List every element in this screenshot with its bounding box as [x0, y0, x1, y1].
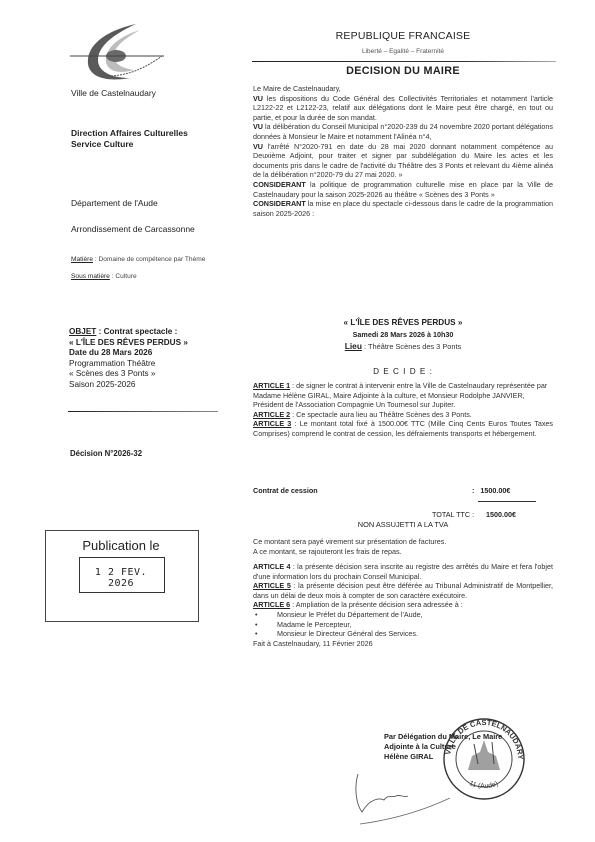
- lieu-label: Lieu: [345, 341, 362, 351]
- signature-line-1: Par Délégation du Maire, Le Maire: [384, 732, 502, 742]
- city-logo-icon: [68, 22, 168, 84]
- departement-label: Département de l'Aude: [71, 198, 158, 209]
- payment-block: Ce montant sera payé virement sur présen…: [253, 537, 553, 556]
- service-label: Service Culture: [71, 139, 133, 150]
- header-rule: [252, 61, 556, 62]
- considerant-1: CONSIDERANT la politique de programmatio…: [253, 180, 553, 199]
- objet-date: Date du 28 Mars 2026: [69, 348, 229, 359]
- objet-program: Programmation Théâtre: [69, 359, 229, 370]
- recipient-item: Monsieur le Directeur Général des Servic…: [253, 629, 553, 639]
- signature-block: Par Délégation du Maire, Le Maire Adjoin…: [384, 732, 502, 763]
- arrondissement-label: Arrondissement de Carcassonne: [71, 224, 195, 235]
- left-divider: [68, 411, 218, 412]
- article-3: ARTICLE 3 : Le montant total fixé à 1500…: [253, 419, 553, 438]
- vu-2: VU la délibération du Conseil Municipal …: [253, 122, 553, 141]
- payment-line-1: Ce montant sera payé virement sur présen…: [253, 537, 553, 547]
- decide-heading: D E C I D E :: [253, 367, 553, 377]
- done-at: Fait à Castelnaudary, 11 Février 2026: [253, 639, 553, 649]
- matiere-field: Matière : Domaine de compétence par Thèm…: [71, 256, 221, 265]
- matiere-label: Matière: [71, 256, 93, 263]
- objet-season: Saison 2025-2026: [69, 380, 229, 391]
- considerant-2: CONSIDERANT la mise en place du spectacl…: [253, 199, 553, 218]
- document-title: DECISION DU MAIRE: [253, 65, 553, 77]
- recipient-item: Madame le Percepteur,: [253, 620, 553, 630]
- article-6: ARTICLE 6 : Ampliation de la présente dé…: [253, 600, 553, 610]
- show-datetime: Samedi 28 Mars 2026 à 10h30: [253, 330, 553, 340]
- preamble: Le Maire de Castelnaudary, VU les dispos…: [253, 84, 553, 218]
- handwritten-signature-icon: [350, 768, 460, 828]
- decision-number: Décision N°2026-32: [70, 448, 142, 459]
- publication-date: 1 2 FEV. 2026: [79, 567, 163, 589]
- objet-venue: « Scènes des 3 Ponts »: [69, 369, 229, 380]
- republic-motto: Liberté – Egalité – Fraternité: [253, 48, 553, 55]
- article-5: ARTICLE 5 : la présente décision peut êt…: [253, 581, 553, 600]
- objet-label: OBJET: [69, 327, 96, 336]
- total-value: 1500.00€: [486, 510, 516, 519]
- article-2: ARTICLE 2 : Ce spectacle aura lieu au Th…: [253, 410, 553, 420]
- payment-line-2: A ce montant, se rajouteront les frais d…: [253, 547, 553, 557]
- articles-block: ARTICLE 1 : de signer le contrat à inter…: [253, 381, 553, 439]
- articles-block-2: ARTICLE 4 : la présente décision sera in…: [253, 562, 553, 648]
- publication-stamp-title: Publication le: [45, 538, 197, 553]
- signature-line-3: Hélène GIRAL: [384, 752, 502, 762]
- lieu-value: : Théâtre Scènes des 3 Ponts: [362, 342, 461, 351]
- show-venue: Lieu : Théâtre Scènes des 3 Ponts: [253, 342, 553, 352]
- total-rule: [478, 501, 536, 502]
- preamble-intro: Le Maire de Castelnaudary,: [253, 84, 553, 94]
- matiere-value: : Domaine de compétence par Thème: [93, 256, 205, 263]
- sous-matiere-value: : Culture: [110, 273, 137, 280]
- tva-notice: NON ASSUJETTI A LA TVA: [253, 520, 553, 530]
- show-title: « L'ÎLE DES RÊVES PERDUS »: [253, 318, 553, 328]
- direction-label: Direction Affaires Culturelles: [71, 128, 188, 139]
- total-label: TOTAL TTC :: [432, 510, 474, 519]
- vu-1: VU les dispositions du Code Général des …: [253, 94, 553, 123]
- article-4: ARTICLE 4 : la présente décision sera in…: [253, 562, 553, 581]
- article-1: ARTICLE 1 : de signer le contrat à inter…: [253, 381, 553, 410]
- sous-matiere-field: Sous matière : Culture: [71, 273, 221, 282]
- svg-text:11 (Aude): 11 (Aude): [468, 780, 499, 790]
- republic-heading: REPUBLIQUE FRANCAISE: [253, 30, 553, 42]
- recipients-list: Monsieur le Préfet du Département de l'A…: [253, 610, 553, 639]
- recipient-item: Monsieur le Préfet du Département de l'A…: [253, 610, 553, 620]
- objet-block: OBJET : Contrat spectacle : « L'ÎLE DES …: [69, 327, 229, 390]
- objet-show: « L'ÎLE DES RÊVES PERDUS »: [69, 338, 229, 349]
- cost-label: Contrat de cession: [253, 486, 318, 495]
- cost-value: : 1500.00€: [472, 486, 510, 495]
- city-name: Ville de Castelnaudary: [71, 88, 156, 98]
- vu-3: VU l'arrêté N°2020-791 en date du 28 mai…: [253, 142, 553, 180]
- sous-matiere-label: Sous matière: [71, 273, 110, 280]
- objet-value: : Contrat spectacle :: [96, 327, 177, 336]
- signature-line-2: Adjointe à la Culture: [384, 742, 502, 752]
